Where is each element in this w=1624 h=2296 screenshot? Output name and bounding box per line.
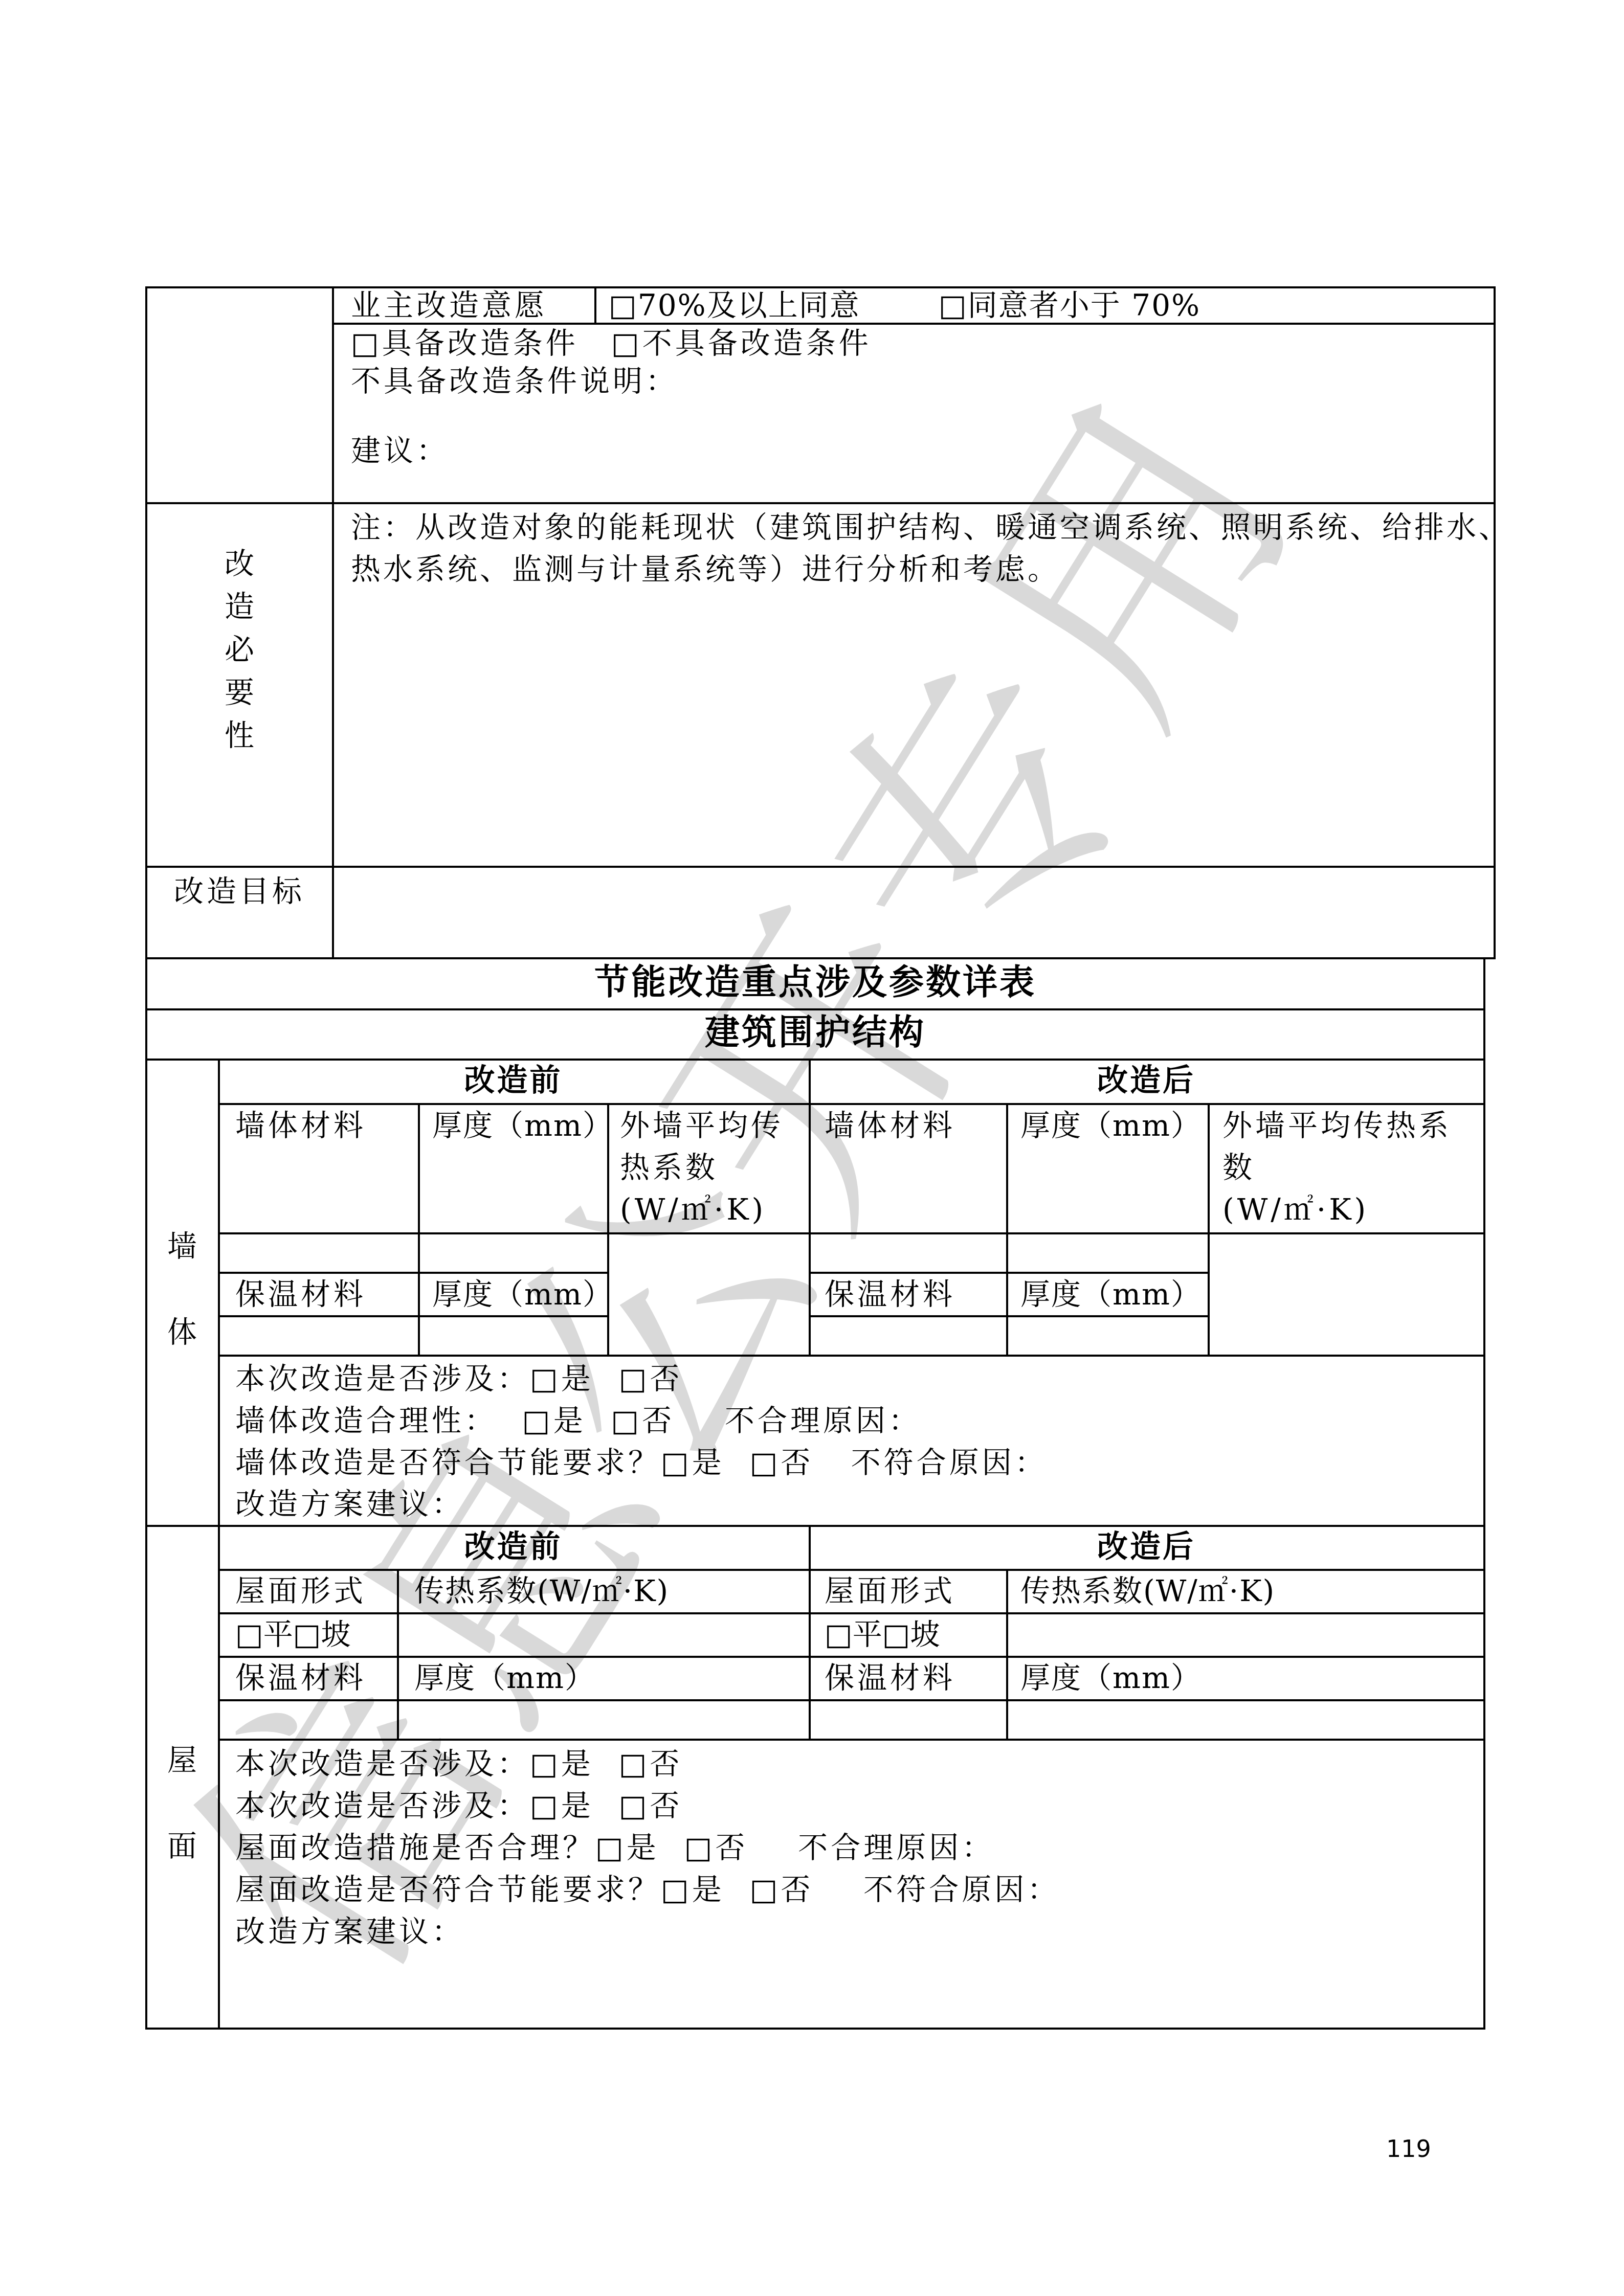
- no-condition-note: 不具备改造条件说明：: [351, 360, 678, 402]
- wall-question-suggestion: 改造方案建议：: [235, 1483, 464, 1525]
- wall-label: 墙 体: [162, 1225, 203, 1354]
- roof-before-header: 改造前: [218, 1526, 809, 1568]
- wall-before-header: 改造前: [218, 1060, 809, 1101]
- roof-after-insulation-material: 保温材料: [825, 1657, 955, 1699]
- wall-after-thickness-header: 厚度（mm）: [1020, 1105, 1202, 1146]
- roof-before-insulation-thickness: 厚度（mm）: [414, 1657, 595, 1699]
- owner-option-70-plus[interactable]: □70%及以上同意: [609, 284, 860, 326]
- wall-question-compliant[interactable]: 墙体改造是否符合节能要求？□是 □否 不符合原因：: [235, 1442, 1048, 1483]
- necessity-note-line1: 注：从改造对象的能耗现状（建筑围护结构、暖通空调系统、照明系统、给排水、: [351, 506, 1511, 548]
- roof-after-form-label: 屋面形式: [825, 1570, 955, 1612]
- roof-after-form-options[interactable]: □平□坡: [825, 1613, 940, 1655]
- roof-question-reasonable[interactable]: 屋面改造措施是否合理？□是 □否 不合理原因：: [235, 1827, 994, 1869]
- wall-after-header: 改造后: [809, 1060, 1484, 1101]
- wall-after-material-header: 墙体材料: [825, 1105, 955, 1146]
- suggestion-label: 建议：: [351, 430, 449, 471]
- roof-question-involved-2[interactable]: 本次改造是否涉及：□是 □否: [235, 1785, 682, 1827]
- page-number: 119: [1386, 2135, 1431, 2163]
- roof-before-form-label: 屋面形式: [235, 1570, 366, 1612]
- roof-question-suggestion: 改造方案建议：: [235, 1910, 464, 1952]
- roof-question-involved-1[interactable]: 本次改造是否涉及：□是 □否: [235, 1743, 682, 1785]
- condition-option-has[interactable]: □具备改造条件: [351, 322, 579, 364]
- roof-before-coef-label: 传热系数(W/㎡·K): [414, 1570, 669, 1612]
- roof-after-coef-label: 传热系数(W/㎡·K): [1020, 1570, 1275, 1612]
- roof-before-form-options[interactable]: □平□坡: [235, 1613, 351, 1655]
- wall-before-thickness-header: 厚度（mm）: [432, 1105, 613, 1146]
- wall-question-reasonable[interactable]: 墙体改造合理性： □是 □否 不合理原因：: [235, 1400, 921, 1442]
- wall-before-insulation-thickness: 厚度（mm）: [432, 1273, 613, 1315]
- wall-after-insulation-material: 保温材料: [825, 1273, 955, 1315]
- owner-option-under-70[interactable]: □同意者小于 70%: [939, 284, 1200, 326]
- params-subtitle: 建筑围护结构: [145, 1011, 1485, 1053]
- necessity-label: 改 造 必 要 性: [219, 542, 260, 757]
- roof-after-insulation-thickness: 厚度（mm）: [1020, 1657, 1202, 1699]
- roof-question-compliant[interactable]: 屋面改造是否符合节能要求？□是 □否 不符合原因：: [235, 1869, 1060, 1910]
- wall-before-insulation-material: 保温材料: [235, 1273, 366, 1315]
- wall-after-insulation-thickness: 厚度（mm）: [1020, 1273, 1202, 1315]
- wall-after-coef-header: 外墙平均传热系 数 (W/㎡·K): [1222, 1105, 1452, 1230]
- owner-willingness-label: 业主改造意愿: [351, 284, 547, 326]
- necessity-note-line2: 热水系统、监测与计量系统等）进行分析和考虑。: [351, 548, 1060, 590]
- params-title: 节能改造重点涉及参数详表: [145, 961, 1485, 1003]
- target-label: 改造目标: [174, 870, 305, 912]
- wall-before-material-header: 墙体材料: [235, 1105, 366, 1146]
- wall-before-coef-header: 外墙平均传 热系数 (W/㎡·K): [620, 1105, 784, 1230]
- wall-question-involved[interactable]: 本次改造是否涉及：□是 □否: [235, 1358, 682, 1400]
- roof-label: 屋 面: [162, 1739, 203, 1867]
- condition-option-not[interactable]: □不具备改造条件: [611, 322, 872, 364]
- roof-after-header: 改造后: [809, 1526, 1484, 1568]
- roof-before-insulation-material: 保温材料: [235, 1657, 366, 1699]
